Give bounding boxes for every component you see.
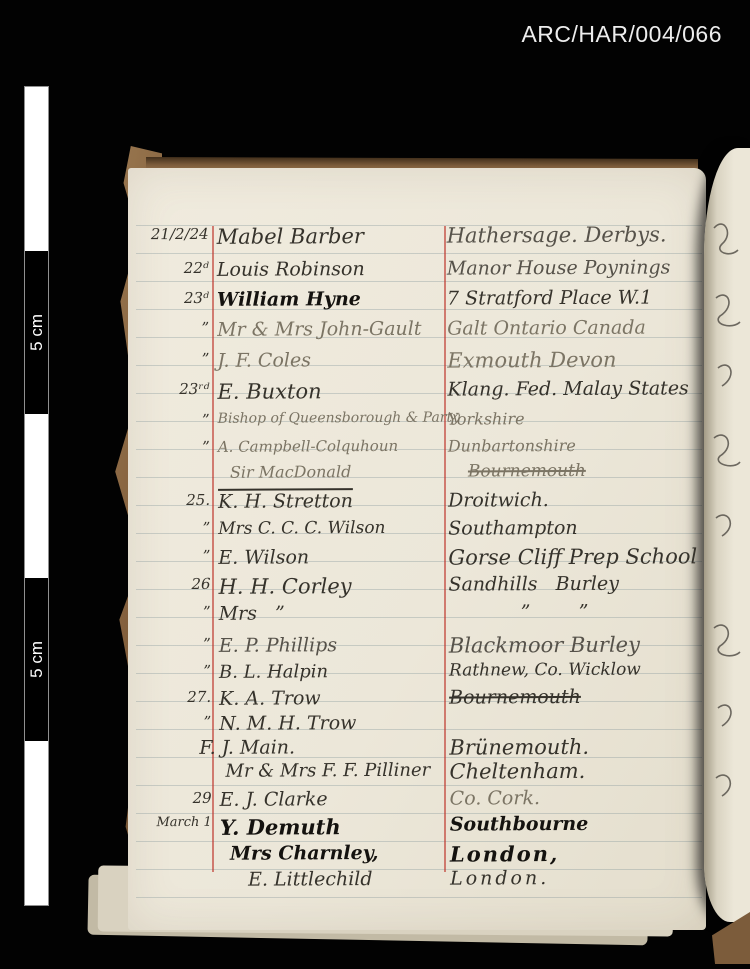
- entry-name: Mrs Charnley,: [230, 842, 379, 865]
- entry-date: 29: [140, 789, 212, 807]
- entry-name: Mrs ”: [219, 602, 285, 624]
- register-row: 23ʳᵈ E. Buxton Klang. Fed. Malay States: [0, 377, 750, 411]
- entry-place: Bournemouth: [468, 461, 586, 482]
- entry-name: N. M. H. Trow: [219, 712, 356, 735]
- entry-name: E. J. Clarke: [220, 788, 328, 811]
- entry-place: Gorse Cliff Prep School: [448, 544, 697, 569]
- entry-place: Co. Cork.: [450, 787, 540, 809]
- entry-date: ”: [139, 603, 211, 621]
- entry-date: March 1: [140, 815, 212, 830]
- entry-name: E. Wilson: [218, 546, 309, 568]
- entry-date: ”: [138, 411, 210, 429]
- entry-place: ” ”: [521, 601, 589, 623]
- entry-name: F. J. Main.: [199, 736, 295, 759]
- entry-date: ”: [139, 713, 211, 731]
- entry-name: Sir MacDonald: [230, 462, 351, 482]
- register-row: ” J. F. Coles Exmouth Devon: [0, 347, 749, 381]
- entry-date: ”: [138, 438, 210, 456]
- entry-date: 22ᵈ: [137, 259, 209, 277]
- entry-date: 26: [138, 575, 210, 593]
- entry-name: A. Campbell-Colquhoun: [218, 437, 398, 456]
- entry-place: Bournemouth: [449, 686, 581, 709]
- entry-name: Mr & Mrs John-Gault: [217, 318, 421, 341]
- entry-name: E. Buxton: [217, 379, 321, 404]
- entry-date: ”: [138, 547, 210, 565]
- entry-place: Yorkshire: [448, 409, 525, 428]
- entry-place: Hathersage. Derbys.: [447, 222, 667, 247]
- entry-place: Southampton: [448, 517, 578, 540]
- entry-date: 25.: [138, 491, 210, 509]
- register-row: ” Mr & Mrs John-Gault Galt Ontario Canad…: [0, 316, 749, 350]
- entry-name: Bishop of Queensborough & Party: [218, 410, 460, 427]
- entry-date: ”: [137, 319, 209, 337]
- entry-name: E. Littlechild: [248, 868, 373, 891]
- entry-name: K. H. Stretton: [218, 490, 353, 513]
- entry-date: 21/2/24: [137, 225, 209, 243]
- entry-place: Rathnew, Co. Wicklow: [449, 660, 641, 681]
- entry-place: London.: [450, 867, 549, 890]
- entry-place: Manor House Poynings: [447, 256, 671, 279]
- entry-place: Cheltenham.: [449, 759, 585, 784]
- entry-name: J. F. Coles: [217, 349, 311, 371]
- entry-place: Droitwich.: [448, 489, 549, 512]
- entry-date: ”: [139, 662, 211, 680]
- entry-place: Galt Ontario Canada: [447, 317, 646, 340]
- entry-name: Louis Robinson: [217, 258, 365, 281]
- entry-name: B. L. Halpin: [219, 661, 328, 683]
- entry-name: William Hyne: [217, 288, 361, 311]
- archive-photograph: ARC/HAR/004/066 5 cm 5 cm: [0, 0, 750, 969]
- entry-name: Mr & Mrs F. F. Pilliner: [225, 760, 430, 782]
- entry-name: H. H. Corley: [218, 574, 351, 599]
- entry-date: ”: [138, 519, 210, 537]
- entry-place: Blackmoor Burley: [449, 633, 640, 658]
- entry-name: K. A. Trow: [219, 687, 321, 710]
- register-row: 22ᵈ Louis Robinson Manor House Poynings: [0, 256, 749, 290]
- entry-place: London,: [450, 841, 559, 867]
- register-row: ” Mrs ” ” ”: [1, 600, 750, 634]
- entry-place: Sandhills Burley: [448, 573, 619, 596]
- entry-name: Y. Demuth: [220, 814, 341, 840]
- register-entries: 21/2/24 Mabel Barber Hathersage. Derbys.…: [0, 0, 750, 969]
- entry-date: ”: [139, 635, 211, 653]
- register-row: 23ᵈ William Hyne 7 Stratford Place W.1: [0, 286, 749, 320]
- register-row: 21/2/24 Mabel Barber Hathersage. Derbys.: [0, 222, 749, 256]
- entry-name: E. P. Phillips: [219, 634, 337, 657]
- entry-place: Dunbartonshire: [448, 436, 576, 456]
- entry-date: 23ᵈ: [137, 289, 209, 307]
- entry-place: Brünemouth.: [449, 735, 589, 760]
- entry-place: Exmouth Devon: [447, 348, 616, 373]
- entry-date: 27.: [139, 688, 211, 706]
- entry-date: ”: [137, 350, 209, 368]
- entry-place: Southbourne: [450, 813, 589, 836]
- register-row: E. Littlechild London.: [2, 866, 750, 900]
- entry-name: Mabel Barber: [217, 224, 364, 249]
- entry-place: Klang. Fed. Malay States: [447, 377, 688, 400]
- entry-name: Mrs C. C. C. Wilson: [218, 518, 385, 539]
- entry-date: 23ʳᵈ: [137, 380, 209, 398]
- entry-place: 7 Stratford Place W.1: [447, 287, 652, 310]
